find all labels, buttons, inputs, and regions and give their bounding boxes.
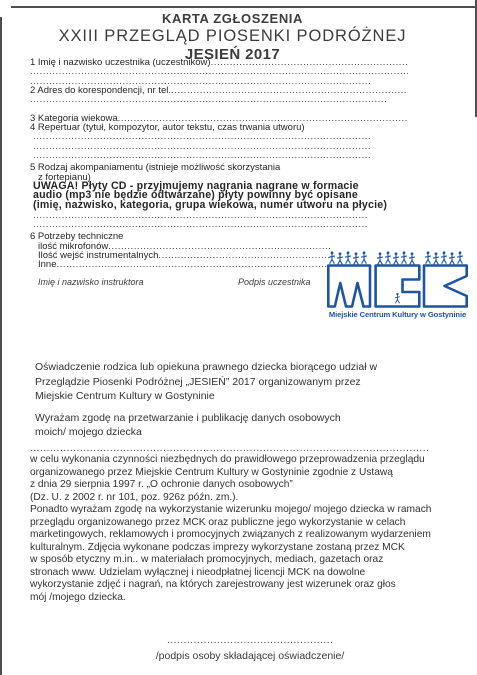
- dotted-line: ........................................…: [30, 443, 428, 454]
- signature-caption: /podpis osoby składającej oświadczenie/: [60, 650, 440, 662]
- dotted-line: ........................................…: [33, 151, 370, 160]
- form-subitem-instrument-inputs: Ilość wejść instrumentalnych............…: [38, 251, 335, 260]
- declaration-body-line: stronach www. Udzielam wyłącznej i nieod…: [30, 567, 460, 580]
- declaration-line: Miejskie Centrum Kultury w Gostyninie: [35, 389, 455, 404]
- dotted-line: ........................................…: [30, 95, 386, 104]
- mck-logo-graphic: [327, 250, 468, 309]
- dotted-fill: ........................................…: [57, 260, 331, 269]
- form-item-repertoire: 4 Repertuar (tytuł, kompozytor, autor te…: [30, 123, 408, 132]
- form-subitem-other: Inne....................................…: [38, 260, 330, 269]
- dotted-fill: ........................................…: [158, 251, 335, 260]
- declaration-body-line: Ponadto wyrażam zgodę na wykorzystanie w…: [30, 504, 460, 517]
- document-header: KARTA ZGŁOSZENIA XXIII PRZEGLĄD PIOSENKI…: [0, 11, 465, 63]
- logo-caption: Miejskie Centrum Kultury w Gostyninie: [327, 310, 468, 319]
- consent-line: moich/ mojego dziecka: [35, 425, 455, 440]
- dotted-line: ........................................…: [33, 132, 370, 141]
- declaration-body-line: mój /mojego dziecka.: [30, 592, 460, 605]
- declaration-body-line: organizowanego przez Miejskie Centrum Ku…: [30, 467, 460, 480]
- dotted-line: ........................................…: [30, 67, 408, 76]
- scan-edge-left: [0, 17, 2, 675]
- mck-logo: Miejskie Centrum Kultury w Gostyninie: [327, 250, 468, 319]
- declaration-line: Przeglądzie Piosenki Podróżnej „JESIEŃ” …: [35, 375, 455, 390]
- declaration-body: ........................................…: [30, 443, 460, 604]
- dotted-fill: ........................................…: [211, 58, 408, 67]
- form-item-address: 2 Adres do korespondencji, nr tel.......…: [30, 86, 408, 95]
- scan-edge-top: [11, 6, 477, 8]
- declaration-line: Oświadczenie rodzica lub opiekuna prawne…: [35, 360, 455, 375]
- declaration-intro: Oświadczenie rodzica lub opiekuna prawne…: [35, 360, 455, 440]
- form-title: KARTA ZGŁOSZENIA: [0, 11, 465, 26]
- instructor-name-label: Imię i nazwisko instruktora: [38, 278, 144, 287]
- signature-area: ........................................…: [60, 632, 440, 662]
- declaration-body-line: wykorzystanie zdjęć i nagrań, na których…: [30, 579, 460, 592]
- declaration-body-line: (Dz. U. z 2002 r. nr 101, poz. 926z późn…: [30, 492, 460, 505]
- dotted-line: ........................................…: [33, 142, 370, 151]
- signature-dotted-line: ........................................…: [167, 635, 333, 645]
- consent-line: Wyrażam zgodę na przetwarzanie i publika…: [35, 411, 455, 426]
- declaration-body-line: z dnia 29 sierpnia 1997 r. „O ochronie d…: [30, 479, 460, 492]
- declaration-body-line: w sposób etyczny m.in.. w materiałach pr…: [30, 554, 460, 567]
- dotted-line: ........................................…: [33, 220, 368, 229]
- declaration-body-line: marketingowych, reklamowych i promocyjny…: [30, 529, 460, 542]
- event-title: XXIII PRZEGLĄD PIOSENKI PODRÓŻNEJ: [0, 27, 465, 46]
- dotted-line: ........................................…: [33, 211, 368, 220]
- declaration-body-line: kulturalnym. Zdjęcia wykonane podczas im…: [30, 542, 460, 555]
- form-item-name: 1 Imię i nazwisko uczestnika (uczestnikó…: [30, 58, 408, 67]
- declaration-body-line: przeglądu organizowanego przez MCK oraz …: [30, 517, 460, 530]
- declaration-body-line: w celu wykonania czynności niezbędnych d…: [30, 454, 460, 467]
- participant-signature-label: Podpis uczestnika: [238, 278, 311, 287]
- dotted-fill: ........................................…: [171, 86, 408, 95]
- cd-warning-line3: (imię, nazwisko, kategoria, grupa wiekow…: [33, 201, 408, 211]
- scanned-registration-form: KARTA ZGŁOSZENIA XXIII PRZEGLĄD PIOSENKI…: [0, 0, 477, 675]
